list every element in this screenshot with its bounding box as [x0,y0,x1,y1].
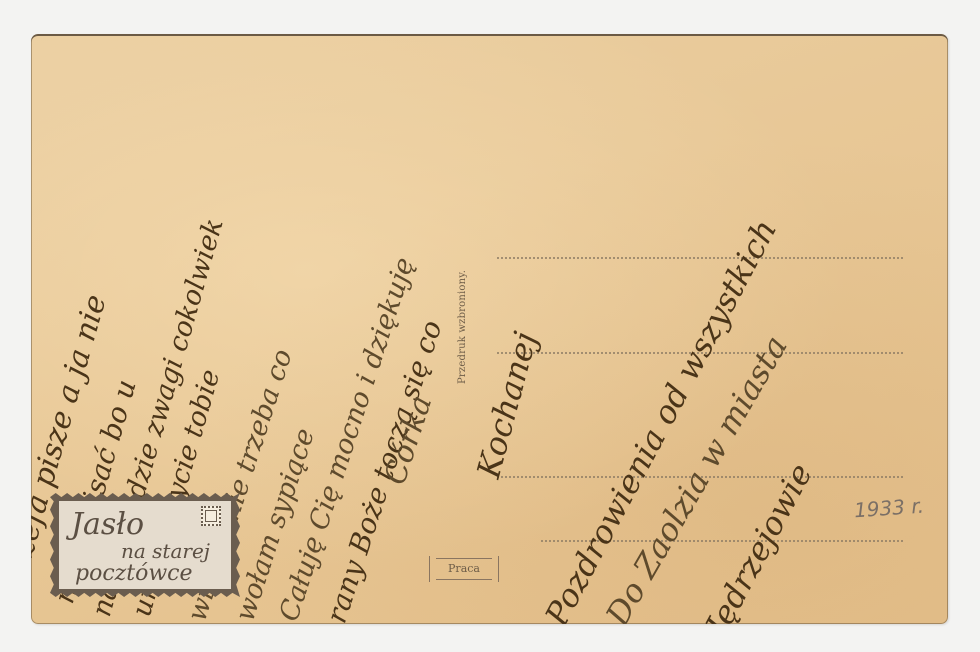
stamp-box-label: Praca [430,562,498,575]
reprint-prohibited-notice: Przedruk wzbroniony. [457,270,468,384]
mini-stamp-icon [201,506,221,526]
date-annotation: 1933 r. [853,494,925,523]
address-line-1 [497,257,903,259]
address-line-text-1: Kochanej [469,328,544,482]
watermark-subtitle-1: na starej [121,539,210,563]
watermark-subtitle-2: pocztówce [75,561,193,586]
stamp-box: Praca [429,556,499,582]
watermark-stamp-inner: Jasło na starej pocztówce [59,501,231,589]
watermark-title: Jasło [71,507,144,542]
watermark-stamp: Jasło na starej pocztówce [50,493,240,597]
